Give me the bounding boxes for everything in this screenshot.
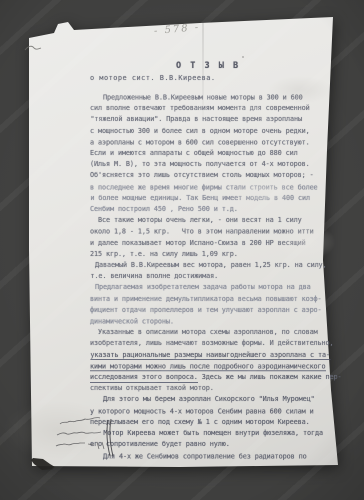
line-text: переделываем его под схему № 1 с одним м… xyxy=(90,418,310,426)
line-text: Сенбим построил 450 , Рено 500 и т.д. xyxy=(90,205,238,213)
document-line: Мотор Киреева может быть помещен внутри … xyxy=(90,428,342,439)
document-line: Предлагаемая изобретателем задача работы… xyxy=(90,282,342,293)
document-line: у которого мощность 4-х моторов Сенбим р… xyxy=(90,406,342,417)
document-line: указать рациональные размеры наивыгодней… xyxy=(90,350,342,361)
document-line: спективы открывает такой мотор. xyxy=(90,383,342,394)
document-line: в последнее же время многие фирмы стали … xyxy=(90,182,342,193)
line-text: и далее показывает мотор Испано-Сюиза в … xyxy=(90,239,306,247)
document-line: переделываем его под схему № 1 с одним м… xyxy=(90,417,342,428)
line-text: винта и применение демультипликатора вес… xyxy=(90,295,322,303)
line-text: с мощностью 300 и более сил в одном мото… xyxy=(90,127,310,135)
document-line: динамической стороны. xyxy=(90,316,342,327)
line-text: динамической стороны. xyxy=(90,317,174,325)
line-text: в последнее же время многие фирмы стали … xyxy=(90,183,318,191)
line-text: Даваемый В.В.Киреевым вес мотора, равен … xyxy=(95,261,327,269)
underlined-text: исследования этого вопроса. xyxy=(90,373,198,383)
line-text: его сопротивление будет равно нулю. xyxy=(90,440,230,448)
document-line: исследования этого вопроса. Здесь же мы … xyxy=(90,372,342,383)
line-text: изобретателя, лишь намечают возможные фо… xyxy=(90,339,334,347)
document-line: около 1,8 - 1,5 кгр. Что в этом направле… xyxy=(90,227,342,238)
line-text: около 1,8 - 1,5 кгр. Что в этом направле… xyxy=(90,228,314,236)
document-line: винта и применение демультипликатора вес… xyxy=(90,294,342,305)
line-text: Если и имеются аппараты с общей мощность… xyxy=(90,149,298,157)
line-text: Об'ясняется это лишь отсутствием столь м… xyxy=(90,171,314,179)
line-text: сил вполне отвечают требованиям момента … xyxy=(90,104,310,112)
line-text: фициент отдачи пропеллеров и тем улучшаю… xyxy=(90,306,322,314)
document-line: Сенбим построил 450 , Рено 500 и т.д. xyxy=(90,204,342,215)
scanned-document-photo: - 578 - О Т З Ы В о моторе сист. В.В.Кир… xyxy=(0,0,364,500)
document-line: и далее показывает мотор Испано-Сюиза в … xyxy=(90,238,342,249)
line-text: (Илья М. В), то эта мощность получается … xyxy=(90,160,310,168)
document-line: т.е. величина вполне достижимая. xyxy=(90,271,342,282)
document-line: Предложенные В.В.Киреевым новые моторы в… xyxy=(90,92,342,103)
document-line: а аэропланы с мотором в 600 сил совершен… xyxy=(90,137,342,148)
line-text: Предлагаемая изобретателем задача работы… xyxy=(95,283,311,291)
line-text: Указанные в описании мотора схемы аэропл… xyxy=(98,328,318,336)
line-text: 215 кгр., т.е. на силу лишь 1,09 кгр. xyxy=(90,250,238,258)
line-text: Предложенные В.В.Киреевым новые моторы в… xyxy=(103,93,303,101)
line-text: т.е. величина вполне достижимая. xyxy=(90,272,218,280)
line-text: спективы открывает такой мотор. xyxy=(90,384,214,392)
document-line: Если и имеются аппараты с общей мощность… xyxy=(90,148,342,159)
document-line: Все такие моторы очень легки, - они веся… xyxy=(90,215,342,226)
line-text: Для этого мы берем аэроплан Сикорского "… xyxy=(103,395,315,403)
line-text: и более мощные единицы. Так Бенц имеет м… xyxy=(90,194,310,202)
document-line: и более мощные единицы. Так Бенц имеет м… xyxy=(90,193,342,204)
document-title: О Т З Ы В xyxy=(176,61,240,71)
document-line: Указанные в описании мотора схемы аэропл… xyxy=(90,327,342,338)
underlined-text: указать рациональные размеры наивыгодней… xyxy=(90,351,330,361)
line-text: "тяжелой авиации". Правда в настоящее вр… xyxy=(90,115,302,123)
document-line: "тяжелой авиации". Правда в настоящее вр… xyxy=(90,114,342,125)
line-text: Мотор Киреева может быть помещен внутри … xyxy=(103,429,323,437)
document-body: Предложенные В.В.Киреевым новые моторы в… xyxy=(90,92,342,462)
document-line: изобретателя, лишь намечают возможные фо… xyxy=(90,338,342,349)
line-text: Все такие моторы очень легки, - они веся… xyxy=(98,216,302,224)
document-line: Об'ясняется это лишь отсутствием столь м… xyxy=(90,170,342,181)
document-line: фициент отдачи пропеллеров и тем улучшаю… xyxy=(90,305,342,316)
document-line: Для этого мы берем аэроплан Сикорского "… xyxy=(90,394,342,405)
line-text: Здесь же мы лишь покажем какие пер- xyxy=(198,373,342,381)
line-text: Для 4-х же Сенбимов сопротивление без ра… xyxy=(103,452,307,460)
underlined-text: кими моторами можно лишь после подробног… xyxy=(90,362,326,372)
document-line: сил вполне отвечают требованиям момента … xyxy=(90,103,342,114)
line-text: а аэропланы с мотором в 600 сил совершен… xyxy=(90,138,310,146)
document-line: его сопротивление будет равно нулю. xyxy=(90,439,342,450)
document-subtitle: о моторе сист. В.В.Киреева. xyxy=(90,74,216,82)
document-line: Даваемый В.В.Киреевым вес мотора, равен … xyxy=(90,260,342,271)
document-line: с мощностью 300 и более сил в одном мото… xyxy=(90,126,342,137)
document-line: кими моторами можно лишь после подробног… xyxy=(90,361,342,372)
document-line: Для 4-х же Сенбимов сопротивление без ра… xyxy=(90,451,342,462)
line-text: у которого мощность 4-х моторов Сенбим р… xyxy=(90,407,314,415)
document-line: (Илья М. В), то эта мощность получается … xyxy=(90,159,342,170)
document-line: 215 кгр., т.е. на силу лишь 1,09 кгр. xyxy=(90,249,342,260)
